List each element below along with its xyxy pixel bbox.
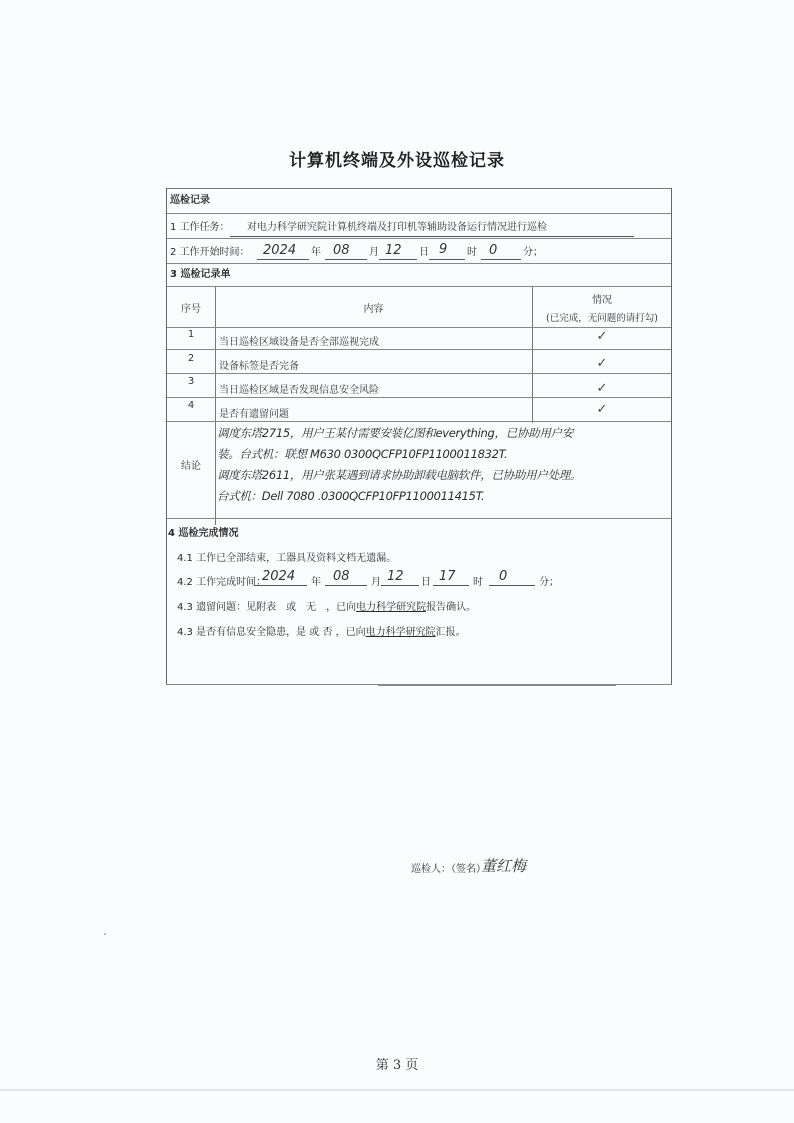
year-unit: 年: [311, 248, 321, 258]
item-4-3-security-risk: 4.3 是否有信息安全隐患，是 或 否 ，已向电力科学研究院汇报。: [177, 623, 466, 638]
hour-unit: 时: [467, 248, 477, 258]
item-4-3-legacy-issues: 4.3 遗留问题：见附表 或 无 ，已向电力科学研究院报告确认。: [177, 598, 476, 613]
start-hour-underline: [429, 259, 465, 260]
conclusion-line: 台式机：Dell 7080 .0300QCFP10FP1100011415T.: [217, 486, 671, 507]
end-month: 08: [333, 569, 350, 584]
col-header-status: 情况 (已完成，无问题的请打勾): [533, 291, 671, 324]
start-year-underline: [257, 259, 309, 260]
scan-speck: [104, 933, 106, 935]
col-header-status-note: (已完成，无问题的请打勾): [533, 310, 671, 324]
month-unit: 月: [371, 573, 381, 588]
item-4-1: 4.1 工作已全部结束，工器具及资料文档无遗漏。: [177, 549, 396, 564]
row-content: 设备标签是否完备: [219, 357, 299, 372]
row-content: 当日巡检区域是否发现信息安全风险: [219, 381, 379, 396]
task-label: 1 工作任务：: [170, 223, 230, 233]
start-hour: 9: [439, 243, 447, 256]
end-minute: 0: [499, 569, 507, 584]
item-4-3a-suffix: 报告确认。: [426, 602, 476, 613]
row-seq: 4: [167, 400, 215, 411]
task-underline: [230, 236, 634, 237]
row-divider: [167, 518, 671, 519]
end-hour-underline: [433, 585, 469, 586]
year-unit: 年: [311, 573, 321, 588]
start-month: 08: [333, 244, 350, 257]
check-mark-icon: ✓: [533, 402, 671, 417]
row-divider: [167, 397, 671, 398]
checklist-section-label: 3 巡检记录单: [170, 270, 230, 280]
conclusion-label: 结论: [167, 457, 215, 472]
hour-unit: 时: [473, 573, 483, 588]
task-value: 对电力科学研究院计算机终端及打印机等辅助设备运行情况进行巡检: [247, 223, 547, 233]
check-mark-icon: ✓: [533, 381, 671, 396]
checklist-section-row: 3 巡检记录单: [167, 264, 671, 287]
conclusion-line: 调度东塔2611，用户张某遇到请求协助卸载电脑软件，已协助用户处理。: [217, 465, 671, 486]
row-divider: [167, 327, 671, 328]
end-hour: 17: [439, 569, 456, 584]
item-4-3b-prefix: 4.3 是否有信息安全隐患，是 或 否 ，已向: [177, 627, 366, 638]
conclusion-text: 调度东塔2715，用户王某付需要安装亿图和everything，已协助用户安 装…: [217, 423, 671, 507]
item-4-3a-org: 电力科学研究院: [356, 602, 426, 613]
end-minute-underline: [489, 585, 535, 586]
row-seq: 1: [167, 329, 215, 340]
end-month-underline: [325, 585, 367, 586]
row-content: 当日巡检区域设备是否全部巡视完成: [219, 333, 379, 348]
end-year-underline: [255, 585, 307, 586]
col-header-status-title: 情况: [533, 291, 671, 306]
page-number: 第 3 页: [0, 1054, 794, 1073]
signature-underline: [378, 685, 616, 686]
day-unit: 日: [421, 573, 431, 588]
row-divider: [167, 373, 671, 374]
scan-edge-line: [0, 1089, 794, 1091]
col-header-seq: 序号: [167, 287, 215, 327]
end-day-underline: [381, 585, 419, 586]
start-year: 2024: [263, 244, 296, 257]
start-day-underline: [379, 259, 417, 260]
item-4-3b-suffix: 汇报。: [436, 627, 466, 638]
end-day: 12: [387, 569, 404, 584]
start-minute-underline: [481, 259, 521, 260]
month-unit: 月: [369, 248, 379, 258]
inspection-form: 巡检记录 1 工作任务： 对电力科学研究院计算机终端及打印机等辅助设备运行情况进…: [166, 188, 672, 685]
signature-label: 巡检人：（签名）: [411, 860, 486, 875]
minute-unit: 分；: [539, 573, 559, 588]
item-4-3a-prefix: 4.3 遗留问题：见附表 或 无 ，已向: [177, 602, 356, 613]
item-4-3b-org: 电力科学研究院: [366, 627, 436, 638]
start-month-underline: [325, 259, 367, 260]
day-unit: 日: [419, 248, 429, 258]
completion-section-label: 4 巡检完成情况: [168, 524, 238, 539]
row-divider: [167, 421, 671, 422]
end-time-label: 4.2 工作完成时间：: [177, 573, 266, 588]
check-mark-icon: ✓: [533, 356, 671, 371]
task-row: 1 工作任务： 对电力科学研究院计算机终端及打印机等辅助设备运行情况进行巡检: [167, 214, 671, 239]
check-mark-icon: ✓: [533, 329, 671, 344]
signature-value: 董红梅: [481, 855, 526, 876]
row-content: 是否有遗留问题: [219, 405, 289, 420]
minute-unit: 分；: [523, 248, 543, 258]
row-seq: 3: [167, 376, 215, 387]
document-title: 计算机终端及外设巡检记录: [0, 146, 794, 171]
start-time-label: 2 工作开始时间：: [170, 248, 250, 258]
end-year: 2024: [262, 569, 295, 584]
form-header-row: 巡检记录: [167, 189, 671, 214]
start-day: 12: [385, 244, 402, 257]
col-header-content: 内容: [215, 287, 532, 327]
start-minute: 0: [489, 244, 497, 257]
form-header: 巡检记录: [170, 196, 210, 206]
row-divider: [167, 349, 671, 350]
start-time-row: 2 工作开始时间： 2024 年 08 月 12 日 9 时 0 分；: [167, 239, 671, 264]
conclusion-line: 装。台式机：联想 M630 0300QCFP10FP1100011832T.: [217, 444, 671, 465]
conclusion-line: 调度东塔2715，用户王某付需要安装亿图和everything，已协助用户安: [217, 423, 671, 444]
row-seq: 2: [167, 353, 215, 364]
